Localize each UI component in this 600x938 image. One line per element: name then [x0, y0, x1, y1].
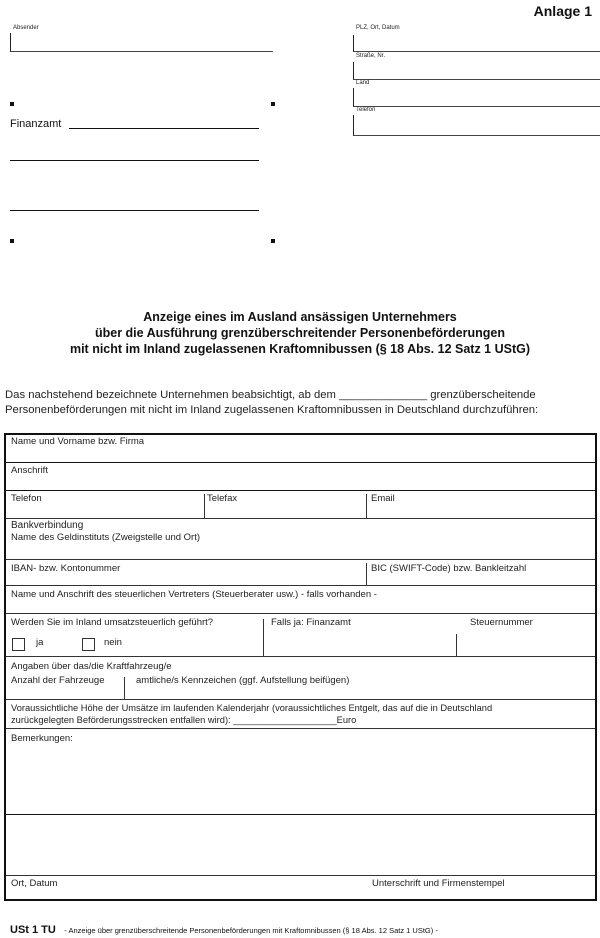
- divider: [366, 563, 367, 585]
- form-description: - Anzeige über grenzüberschreitende Pers…: [64, 926, 438, 935]
- intro-line-1: Das nachstehend bezeichnete Unternehmen …: [5, 388, 600, 403]
- anzahl-label: Anzahl der Fahrzeuge: [11, 675, 104, 686]
- form-title: Anzeige eines im Ausland ansässigen Unte…: [0, 309, 600, 357]
- finanzamt-label: Finanzamt: [10, 118, 61, 130]
- divider: [456, 634, 457, 656]
- fahrzeug-title-label: Angaben über das/die Kraftfahrzeug/e: [11, 661, 172, 672]
- form-code: USt 1 TU: [10, 924, 56, 936]
- vertreter-label: Name und Anschrift des steuerlichen Vert…: [11, 589, 377, 600]
- intro-text: Das nachstehend bezeichnete Unternehmen …: [5, 388, 600, 418]
- name-row[interactable]: Name und Vorname bzw. Firma: [6, 435, 595, 463]
- bank-name-label: Name des Geldinstituts (Zweigstelle und …: [11, 532, 200, 543]
- footer: USt 1 TU - Anzeige über grenzüberschreit…: [10, 920, 438, 938]
- bemerkungen-label: Bemerkungen:: [11, 733, 73, 744]
- vertreter-row[interactable]: Name und Anschrift des steuerlichen Vert…: [6, 586, 595, 614]
- telefax-label: Telefax: [207, 493, 237, 504]
- divider: [124, 677, 125, 699]
- umsatz-line-2: zurückgelegten Beförderungsstrecken entf…: [11, 715, 356, 725]
- ja-label: ja: [36, 637, 43, 648]
- ja-checkbox[interactable]: [12, 638, 25, 651]
- contact-row: Telefon Telefax Email: [6, 491, 595, 519]
- inland-row: Werden Sie im Inland umsatzsteuerlich ge…: [6, 614, 595, 657]
- plz-ort-datum-field[interactable]: PLZ, Ort, Datum: [353, 35, 600, 52]
- email-label: Email: [371, 493, 395, 504]
- telefon-header-label: Telefon: [356, 107, 375, 113]
- unterschrift-label: Unterschrift und Firmenstempel: [372, 878, 505, 889]
- bank-title-label: Bankverbindung: [11, 520, 83, 531]
- nein-checkbox[interactable]: [82, 638, 95, 651]
- title-line-1: Anzeige eines im Ausland ansässigen Unte…: [0, 309, 600, 325]
- steuernummer-label: Steuernummer: [470, 617, 533, 628]
- umsatz-line-1: Voraussichtliche Höhe der Umsätze im lau…: [11, 703, 492, 713]
- anlage-label: Anlage 1: [534, 3, 592, 19]
- title-line-3: mit nicht im Inland zugelassenen Kraftom…: [0, 341, 600, 357]
- telefon-label: Telefon: [11, 493, 42, 504]
- divider: [263, 619, 264, 656]
- finanzamt-line-2[interactable]: [10, 160, 259, 161]
- divider: [366, 494, 367, 518]
- form-table: Name und Vorname bzw. Firma Anschrift Te…: [4, 433, 597, 901]
- plz-ort-datum-label: PLZ, Ort, Datum: [356, 25, 400, 31]
- corner-mark: [10, 239, 14, 243]
- absender-label: Absender: [13, 25, 39, 31]
- kennzeichen-label: amtliche/s Kennzeichen (ggf. Aufstellung…: [136, 675, 349, 686]
- finanzamt-line-1[interactable]: [69, 128, 259, 129]
- anschrift-label: Anschrift: [11, 465, 48, 476]
- bic-label: BIC (SWIFT-Code) bzw. Bankleitzahl: [371, 563, 526, 574]
- falls-ja-finanzamt-label: Falls ja: Finanzamt: [271, 617, 351, 628]
- divider: [204, 494, 205, 518]
- title-line-2: über die Ausführung grenzüberschreitende…: [0, 325, 600, 341]
- signature-row[interactable]: Ort, Datum Unterschrift und Firmenstempe…: [6, 876, 595, 901]
- corner-mark: [271, 239, 275, 243]
- inland-question-label: Werden Sie im Inland umsatzsteuerlich ge…: [11, 617, 213, 628]
- bemerkungen-continued-row[interactable]: [6, 815, 595, 876]
- ort-datum-label: Ort, Datum: [11, 878, 57, 889]
- land-label: Land: [356, 80, 369, 86]
- iban-row: IBAN- bzw. Kontonummer BIC (SWIFT-Code) …: [6, 560, 595, 586]
- bank-row[interactable]: Bankverbindung Name des Geldinstituts (Z…: [6, 519, 595, 560]
- corner-mark: [271, 102, 275, 106]
- corner-mark: [10, 102, 14, 106]
- name-label: Name und Vorname bzw. Firma: [11, 436, 144, 447]
- intro-line-2: Personenbeförderungen mit nicht im Inlan…: [5, 403, 600, 418]
- absender-field[interactable]: Absender: [10, 33, 273, 52]
- finanzamt-line-3[interactable]: [10, 210, 259, 211]
- telefon-header-field[interactable]: Telefon: [353, 115, 600, 136]
- strasse-label: Straße, Nr.: [356, 53, 385, 59]
- land-field[interactable]: Land: [353, 88, 600, 107]
- anschrift-row[interactable]: Anschrift: [6, 463, 595, 491]
- bemerkungen-row[interactable]: Bemerkungen:: [6, 729, 595, 815]
- nein-label: nein: [104, 637, 122, 648]
- iban-label: IBAN- bzw. Kontonummer: [11, 563, 120, 574]
- fahrzeug-row: Angaben über das/die Kraftfahrzeug/e Anz…: [6, 657, 595, 700]
- umsatz-row[interactable]: Voraussichtliche Höhe der Umsätze im lau…: [6, 700, 595, 729]
- strasse-field[interactable]: Straße, Nr.: [353, 62, 600, 80]
